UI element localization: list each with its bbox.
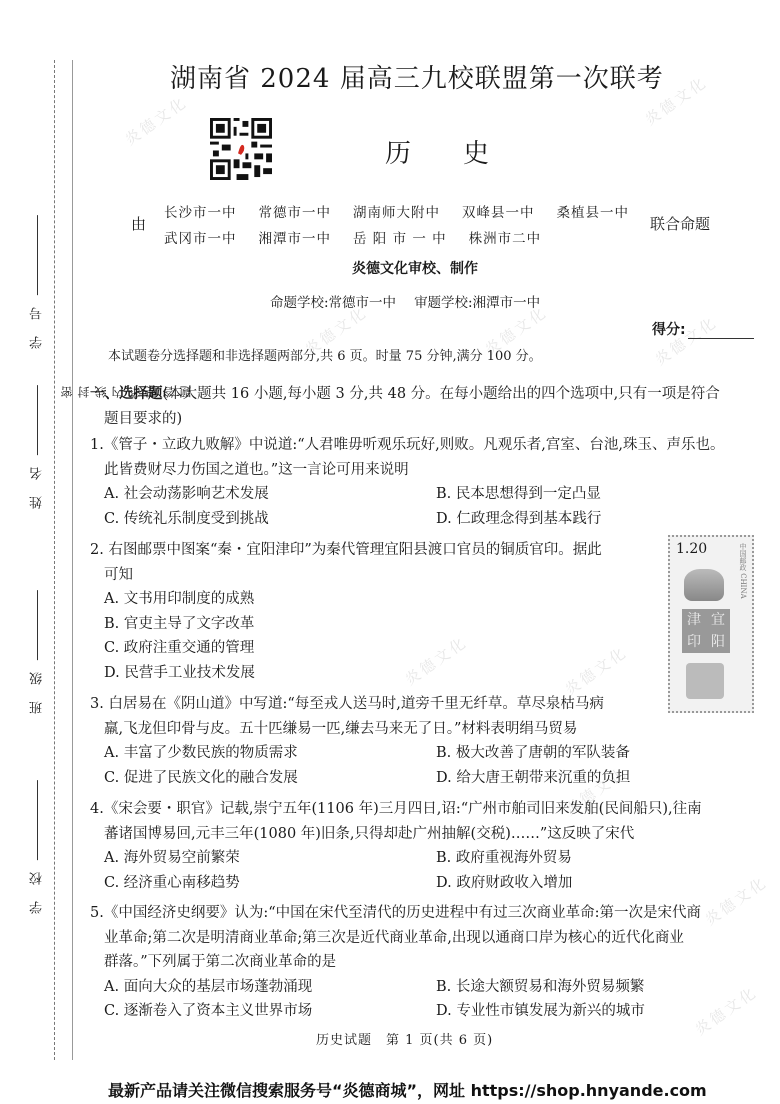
- seal-imprint: 津宜 印阳: [682, 609, 730, 653]
- score-field[interactable]: 得分:: [652, 319, 754, 339]
- class-label: 班 级: [28, 666, 47, 714]
- option-b[interactable]: B. 政府重视海外贸易: [436, 846, 766, 871]
- option-c[interactable]: C. 经济重心南移趋势: [104, 871, 436, 896]
- joint-label: 联合命题: [650, 213, 710, 234]
- score-label: 得分:: [652, 319, 686, 339]
- watermark: 炎德文化: [120, 91, 191, 150]
- option-c[interactable]: C. 逐渐卷入了资本主义世界市场: [104, 999, 436, 1024]
- student-id-label: 学 号: [28, 301, 47, 349]
- question-4: 4.《宋会要・职官》记载,崇宁五年(1106 年)三月四日,诏:“广州市舶司旧来…: [90, 797, 758, 895]
- student-id-field[interactable]: 学 号: [28, 215, 47, 349]
- stamp-value: 1.20: [676, 541, 707, 557]
- class-blank[interactable]: [37, 590, 38, 660]
- option-c[interactable]: C. 传统礼乐制度受到挑战: [104, 507, 436, 532]
- option-a[interactable]: A. 丰富了少数民族的物质需求: [104, 741, 436, 766]
- option-a[interactable]: A. 社会动荡影响艺术发展: [104, 482, 436, 507]
- school-field[interactable]: 学 校: [28, 780, 47, 914]
- option-a[interactable]: A. 面向大众的基层市场蓬勃涌现: [104, 975, 436, 1000]
- school-label: 学 校: [28, 866, 47, 914]
- exam-title: 湖南省 2024 届高三九校联盟第一次联考: [170, 58, 664, 95]
- option-b[interactable]: B. 长途大额贸易和海外贸易频繁: [436, 975, 766, 1000]
- option-d[interactable]: D. 给大唐王朝带来沉重的负担: [436, 766, 766, 791]
- by-label: 由: [131, 213, 146, 234]
- option-d[interactable]: D. 政府财政收入增加: [436, 871, 766, 896]
- question-5: 5.《中国经济史纲要》认为:“中国在宋代至清代的历史进程中有过三次商业革命:第一…: [90, 901, 758, 1024]
- produced-by: 炎德文化审校、制作: [352, 258, 478, 278]
- question-1: 1.《管子・立政九败解》中说道:“人君唯毋听观乐玩好,则败。凡观乐者,宫室、台池…: [90, 433, 758, 531]
- name-label: 姓 名: [28, 461, 47, 509]
- exam-intro: 本试题卷分选择题和非选择题两部分,共 6 页。时量 75 分钟,满分 100 分…: [108, 345, 542, 364]
- school-list: 长沙市一中常德市一中湖南师大附中双峰县一中桑植县一中 武冈市一中湘潭市一中岳 阳…: [164, 200, 651, 252]
- option-b[interactable]: B. 极大改善了唐朝的军队装备: [436, 741, 766, 766]
- score-blank[interactable]: [688, 324, 754, 339]
- school-blank[interactable]: [37, 780, 38, 860]
- question-3: 3. 白居易在《阴山道》中写道:“每至戎人送马时,道旁千里无纤草。草尽泉枯马病羸…: [90, 692, 758, 790]
- option-b[interactable]: B. 民本思想得到一定凸显: [436, 482, 766, 507]
- page-footer: 历史试题 第 1 页(共 6 页): [316, 1029, 493, 1048]
- option-d[interactable]: D. 专业性市镇发展为新兴的城市: [436, 999, 766, 1024]
- question-2: 2. 右图邮票中图案“秦・宜阳津印”为秦代管理宜阳县渡口官员的铜质官印。据此可知…: [90, 538, 665, 685]
- binding-solid-line: [72, 60, 73, 1060]
- section-heading: 一、选择题(本大题共 16 小题,每小题 3 分,共 48 分。在每小题给出的四…: [90, 382, 760, 432]
- binding-dotted-line: [54, 60, 55, 1060]
- option-a[interactable]: A. 文书用印制度的成熟: [104, 587, 665, 612]
- option-c[interactable]: C. 政府注重交通的管理: [104, 636, 665, 661]
- setter-info: 命题学校:常德市一中审题学校:湘潭市一中: [270, 291, 558, 311]
- stamp-country: 中国邮政 CHINA: [738, 543, 748, 599]
- name-blank[interactable]: [37, 385, 38, 455]
- postage-stamp-image: 1.20 中国邮政 CHINA 津宜 印阳: [668, 535, 754, 713]
- subject-title: 历史: [385, 133, 541, 170]
- bronze-seal-icon: [684, 569, 724, 601]
- option-b[interactable]: B. 官吏主导了文字改革: [104, 612, 665, 637]
- qr-code-icon[interactable]: [210, 118, 272, 180]
- student-id-blank[interactable]: [37, 215, 38, 295]
- promo-banner: 最新产品请关注微信搜索服务号“炎德商城”，网址 https://shop.hny…: [108, 1078, 707, 1101]
- option-d[interactable]: D. 民营手工业技术发展: [104, 661, 665, 686]
- option-a[interactable]: A. 海外贸易空前繁荣: [104, 846, 436, 871]
- option-d[interactable]: D. 仁政理念得到基本践行: [436, 507, 766, 532]
- class-field[interactable]: 班 级: [28, 590, 47, 714]
- name-field[interactable]: 姓 名: [28, 385, 47, 509]
- option-c[interactable]: C. 促进了民族文化的融合发展: [104, 766, 436, 791]
